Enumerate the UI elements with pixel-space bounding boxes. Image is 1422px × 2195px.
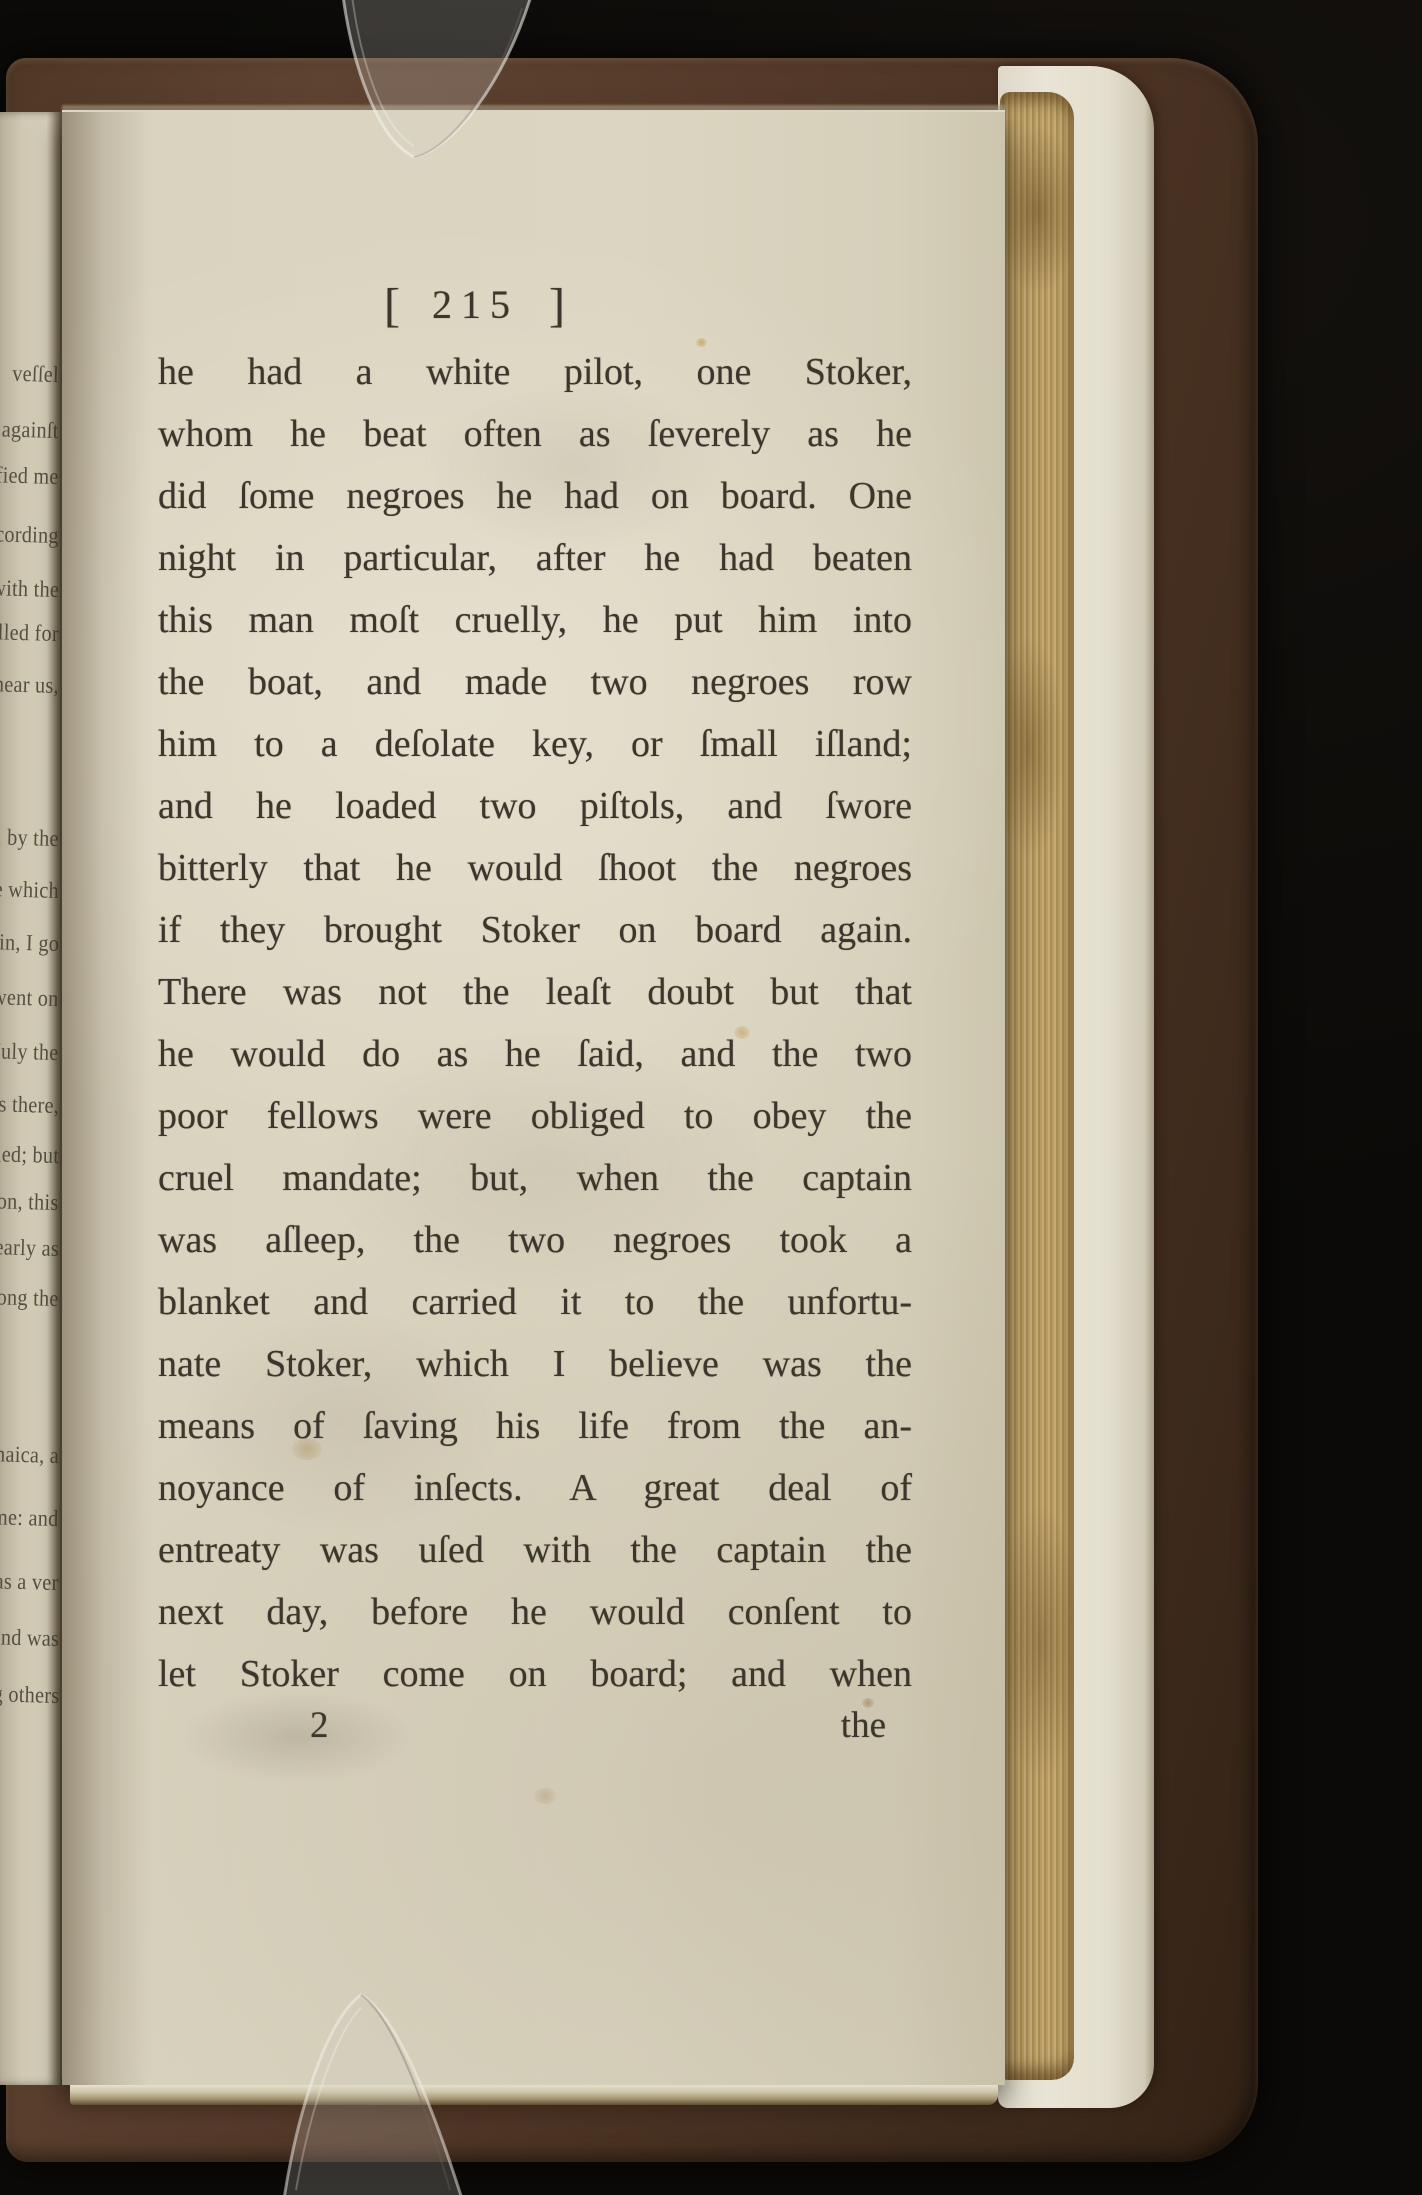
photo-backdrop: veſſel againſt fied me ccording with the…	[0, 0, 1422, 2195]
catchword: the	[841, 1704, 886, 1747]
text-line: did ſome negroes he had on board. One	[158, 465, 912, 527]
book-fore-edge	[1000, 92, 1074, 2080]
page-bottom-edges	[70, 2085, 998, 2105]
stain	[534, 1788, 556, 1804]
prev-page-fragment: maica, a	[0, 1441, 59, 1469]
prev-page-fragment: along the	[0, 1284, 59, 1312]
prev-page-fragment: , by the	[0, 824, 59, 852]
prev-page-fragment: te which	[0, 876, 59, 904]
text-line: poor fellows were obliged to obey the	[158, 1085, 912, 1147]
text-line: the boat, and made two negroes row	[158, 651, 912, 713]
text-line: and he loaded two piſtols, and ſwore	[158, 775, 912, 837]
text-line: entreaty was uſed with the captain the	[158, 1519, 912, 1581]
text-line: noyance of inſects. A great deal of	[158, 1457, 912, 1519]
prev-page-fragment: vas there,	[0, 1091, 59, 1119]
text-line: bitterly that he would ſhoot the negroes	[158, 837, 912, 899]
prev-page-fragment: ong others	[0, 1681, 59, 1709]
prev-page-fragment: tion, this	[0, 1188, 59, 1216]
prev-page-fragment: me: and	[0, 1504, 59, 1532]
prev-page-fragment: went on	[0, 984, 59, 1012]
prev-page-fragment: ailed; but	[0, 1141, 59, 1169]
text-line: this man moſt cruelly, he put him into	[158, 589, 912, 651]
text-line: he had a white pilot, one Stoker,	[158, 341, 912, 403]
previous-page-edge: veſſel againſt fied me ccording with the…	[0, 112, 62, 2085]
page-text: he had a white pilot, one Stoker, whom h…	[158, 341, 912, 1705]
text-line: him to a deſolate key, or ſmall iſland;	[158, 713, 912, 775]
header-open-bracket: [	[384, 279, 402, 332]
text-line: next day, before he would conſent to	[158, 1581, 912, 1643]
signature-mark: 2	[310, 1704, 329, 1747]
footer-line: 2 the	[158, 1704, 912, 1766]
header-close-bracket: ]	[549, 279, 567, 332]
text-line: if they brought Stoker on board again.	[158, 899, 912, 961]
page-number-header: [215]	[384, 278, 567, 333]
prev-page-fragment: an, and was	[0, 1623, 59, 1652]
prev-page-fragment: ccording	[0, 521, 59, 549]
text-line: night in particular, after he had beaten	[158, 527, 912, 589]
prev-page-fragment: with the	[0, 575, 59, 603]
prev-page-fragment: veſſel	[12, 361, 59, 388]
text-line: whom he beat often as ſeverely as he	[158, 403, 912, 465]
prev-page-fragment: near us,	[0, 671, 59, 699]
prev-page-fragment: in, I go	[0, 929, 59, 957]
text-line: There was not the leaſt doubt but that	[158, 961, 912, 1023]
text-line: was aſleep, the two negroes took a	[158, 1209, 912, 1271]
text-line: blanket and carried it to the unfortu-	[158, 1271, 912, 1333]
text-line: nate Stoker, which I believe was the	[158, 1333, 912, 1395]
prev-page-fragment: July the	[0, 1038, 59, 1066]
prev-page-fragment: nearly as	[0, 1234, 59, 1262]
prev-page-fragment: alled for	[0, 619, 59, 647]
text-line: let Stoker come on board; and when	[158, 1643, 912, 1705]
prev-page-fragment: againſt	[2, 417, 60, 444]
text-line: he would do as he ſaid, and the two	[158, 1023, 912, 1085]
text-line: cruel mandate; but, when the captain	[158, 1147, 912, 1209]
text-line: means of ſaving his life from the an-	[158, 1395, 912, 1457]
prev-page-fragment: fied me	[0, 462, 59, 490]
prev-page-fragment: was a ver	[0, 1568, 59, 1596]
book-page: [215] he had a white pilot, one Stoker, …	[62, 112, 1005, 2085]
page-number: 215	[432, 282, 519, 327]
